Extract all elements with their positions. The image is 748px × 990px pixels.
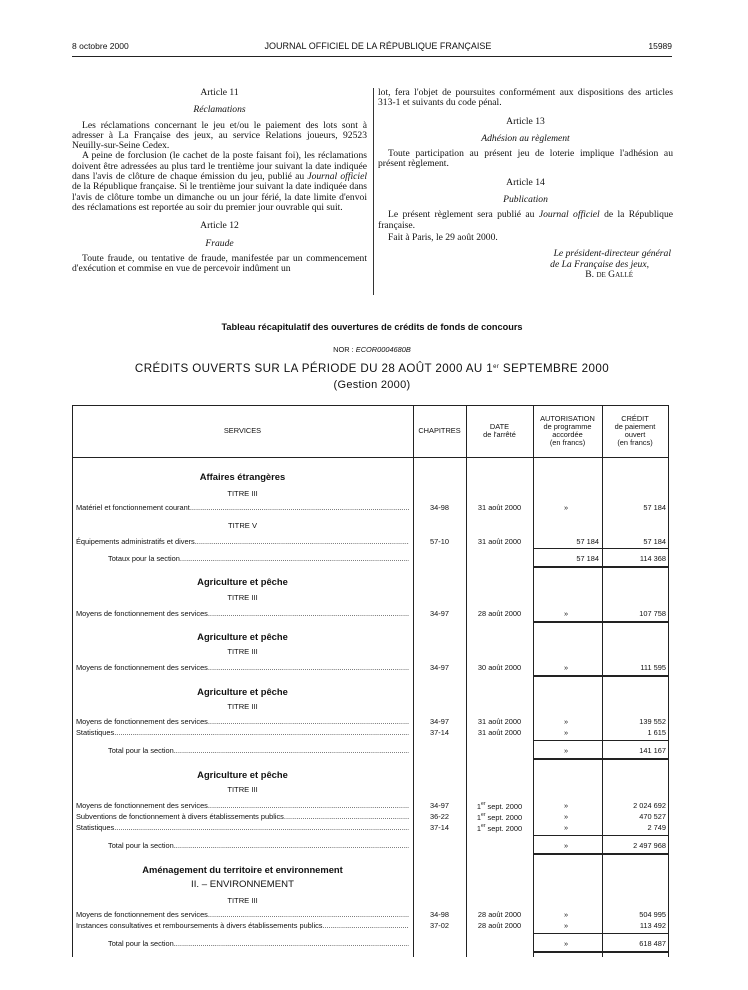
credit-cell: 111 595 xyxy=(602,663,666,672)
date-cell: 28 août 2000 xyxy=(466,921,533,930)
article-13-paragraph-1: Toute participation au présent jeu de lo… xyxy=(378,149,673,170)
service-cell: Subventions de fonctionnement à divers é… xyxy=(76,812,409,821)
leader-dots: ........................................… xyxy=(208,663,409,672)
date-cell: 28 août 2000 xyxy=(466,609,533,618)
column-header-credit: CRÉDIT de paiement ouvert (en francs) xyxy=(602,405,668,457)
article-13-subtitle: Adhésion au règlement xyxy=(378,134,673,144)
text-run: CRÉDITS OUVERTS SUR LA PÉRIODE DU 28 AOÛ… xyxy=(135,362,493,375)
article-14-heading: Article 14 xyxy=(378,178,673,188)
column-divider xyxy=(373,88,374,295)
article-12-continuation: lot, fera l'objet de poursuites conformé… xyxy=(378,88,673,109)
subsection-title: II. – ENVIRONNEMENT xyxy=(72,879,413,890)
date-cell: 31 août 2000 xyxy=(466,503,533,512)
text-run: sept. 2000 xyxy=(486,802,523,811)
leader-dots: ........................................… xyxy=(208,801,409,810)
table-row: Statistiques............................… xyxy=(72,728,669,738)
leader-dots: ........................................… xyxy=(180,554,409,563)
leader-dots: ........................................… xyxy=(174,939,409,948)
header-page-number: 15989 xyxy=(620,41,672,51)
table-header-border xyxy=(72,457,669,458)
column-line-date xyxy=(466,405,467,957)
table-right-border xyxy=(668,405,669,957)
service-cell: Équipements administratifs et divers....… xyxy=(76,537,409,546)
service-label: Moyens de fonctionnement des services xyxy=(76,717,208,726)
total-rule xyxy=(533,740,669,741)
section-title: Aménagement du territoire et environneme… xyxy=(72,864,413,875)
table-row: Moyens de fonctionnement des services...… xyxy=(72,609,669,619)
leader-dots: ........................................… xyxy=(208,910,409,919)
autorisation-cell: » xyxy=(533,910,599,919)
date-cell: 30 août 2000 xyxy=(466,663,533,672)
date-cell: 1er sept. 2000 xyxy=(466,812,533,822)
section-title: Agriculture et pêche xyxy=(72,769,413,780)
chapitre-cell: 36-22 xyxy=(413,812,466,821)
section-end-rule xyxy=(533,566,669,568)
article-14-paragraph-1: Le présent règlement sera publié au Jour… xyxy=(378,210,673,231)
service-cell: Moyens de fonctionnement des services...… xyxy=(76,663,409,672)
column-line-credit xyxy=(602,405,603,957)
credit-cell: 2 497 968 xyxy=(602,841,666,850)
signature-name: B. de Gallé xyxy=(378,270,673,280)
service-label: Statistiques xyxy=(76,728,114,737)
leader-dots: ........................................… xyxy=(195,537,409,546)
article-11-subtitle: Réclamations xyxy=(72,105,367,115)
total-label: Total pour la section xyxy=(108,841,174,850)
credit-cell: 504 995 xyxy=(602,910,666,919)
table-row: Équipements administratifs et divers....… xyxy=(72,537,669,547)
credit-cell: 618 487 xyxy=(602,939,666,948)
service-cell: Statistiques............................… xyxy=(76,823,409,832)
nor-value: ECOR0004680B xyxy=(356,345,411,354)
total-row: Totaux pour la section..................… xyxy=(72,554,669,564)
service-label: Moyens de fonctionnement des services xyxy=(76,663,208,672)
titre-label: TITRE III xyxy=(72,785,413,794)
chapitre-cell: 34-98 xyxy=(413,503,466,512)
total-label: Total pour la section xyxy=(108,939,174,948)
table-row: Moyens de fonctionnement des services...… xyxy=(72,717,669,727)
autorisation-cell: » xyxy=(533,921,599,930)
date-cell: 31 août 2000 xyxy=(466,728,533,737)
service-label: Subventions de fonctionnement à divers é… xyxy=(76,812,284,821)
total-row: Total pour la section...................… xyxy=(72,746,669,756)
chapitre-cell: 34-97 xyxy=(413,801,466,810)
autorisation-cell: » xyxy=(533,801,599,810)
credit-cell: 113 492 xyxy=(602,921,666,930)
credit-cell: 139 552 xyxy=(602,717,666,726)
credit-cell: 107 758 xyxy=(602,609,666,618)
chapitre-cell: 34-97 xyxy=(413,663,466,672)
table-row: Statistiques............................… xyxy=(72,823,669,833)
chapitre-cell: 34-97 xyxy=(413,717,466,726)
titre-label: TITRE III xyxy=(72,702,413,711)
titre-label: TITRE III xyxy=(72,593,413,602)
date-cell: 1er sept. 2000 xyxy=(466,823,533,833)
article-11-heading: Article 11 xyxy=(72,88,367,98)
date-cell: 31 août 2000 xyxy=(466,717,533,726)
total-label: Total pour la section xyxy=(108,746,174,755)
service-label: Statistiques xyxy=(76,823,114,832)
autorisation-cell: » xyxy=(533,746,599,755)
autorisation-cell: » xyxy=(533,728,599,737)
autorisation-cell: 57 184 xyxy=(533,554,599,563)
credit-cell: 2 024 692 xyxy=(602,801,666,810)
header-line: de l'arrêté xyxy=(483,431,516,439)
total-row: Total pour la section...................… xyxy=(72,939,669,949)
total-row: Total pour la section...................… xyxy=(72,841,669,851)
column-line-chapitres xyxy=(413,405,414,957)
section-end-rule xyxy=(533,853,669,855)
section-end-rule xyxy=(533,621,669,623)
credits-table: SERVICES CHAPITRES DATE de l'arrêté AUTO… xyxy=(72,405,669,957)
date-cell: 1er sept. 2000 xyxy=(466,801,533,811)
service-cell: Moyens de fonctionnement des services...… xyxy=(76,801,409,810)
autorisation-cell: » xyxy=(533,812,599,821)
autorisation-cell: » xyxy=(533,609,599,618)
service-cell: Instances consultatives et remboursement… xyxy=(76,921,409,930)
article-12-paragraph-1: Toute fraude, ou tentative de fraude, ma… xyxy=(72,254,367,275)
total-rule xyxy=(533,835,669,836)
chapitre-cell: 37-02 xyxy=(413,921,466,930)
service-cell: Statistiques............................… xyxy=(76,728,409,737)
chapitre-cell: 34-97 xyxy=(413,609,466,618)
chapitre-cell: 34-98 xyxy=(413,910,466,919)
header-title: JOURNAL OFFICIEL DE LA RÉPUBLIQUE FRANÇA… xyxy=(228,41,528,51)
table-row: Moyens de fonctionnement des services...… xyxy=(72,910,669,920)
nor-reference: NOR : ECOR0004680B xyxy=(72,345,672,354)
leader-dots: ........................................… xyxy=(114,728,409,737)
header-line: (en francs) xyxy=(550,439,585,447)
section-end-rule xyxy=(533,951,669,953)
leader-dots: ........................................… xyxy=(208,609,409,618)
leader-dots: ........................................… xyxy=(190,503,409,512)
autorisation-cell: » xyxy=(533,717,599,726)
column-header-date: DATE de l'arrêté xyxy=(466,405,533,457)
right-column: lot, fera l'objet de poursuites conformé… xyxy=(378,88,673,280)
titre-label: TITRE III xyxy=(72,896,413,905)
nor-label: NOR : xyxy=(333,345,356,354)
total-rule xyxy=(533,933,669,934)
column-header-autorisation: AUTORISATION de programme accordée (en f… xyxy=(533,405,602,457)
service-label: Instances consultatives et remboursement… xyxy=(76,921,322,930)
chapitre-cell: 57-10 xyxy=(413,537,466,546)
column-header-services: SERVICES xyxy=(72,405,413,457)
article-11-paragraph-2: A peine de forclusion (le cachet de la p… xyxy=(72,151,367,213)
autorisation-cell: 57 184 xyxy=(533,537,599,546)
header-line: (en francs) xyxy=(617,439,652,447)
section-title: Agriculture et pêche xyxy=(72,576,413,587)
leader-dots: ........................................… xyxy=(174,746,409,755)
journal-officiel-emphasis: Journal officiel xyxy=(539,209,600,220)
text-run: SEPTEMBRE 2000 xyxy=(499,362,609,375)
service-cell: Moyens de fonctionnement des services...… xyxy=(76,910,409,919)
credit-cell: 114 368 xyxy=(602,554,666,563)
article-11-paragraph-1: Les réclamations concernant le jeu et/ou… xyxy=(72,121,367,152)
service-cell: Total pour la section...................… xyxy=(108,746,409,755)
column-line-autorisation xyxy=(533,405,534,957)
service-label: Équipements administratifs et divers xyxy=(76,537,195,546)
table-row: Moyens de fonctionnement des services...… xyxy=(72,801,669,811)
titre-label: TITRE III xyxy=(72,647,413,656)
chapitre-cell: 37-14 xyxy=(413,728,466,737)
service-cell: Total pour la section...................… xyxy=(108,841,409,850)
gestion-label: (Gestion 2000) xyxy=(72,379,672,391)
service-cell: Totaux pour la section..................… xyxy=(108,554,409,563)
column-header-chapitres: CHAPITRES xyxy=(413,405,466,457)
credits-heading: CRÉDITS OUVERTS SUR LA PÉRIODE DU 28 AOÛ… xyxy=(72,362,672,375)
service-label: Moyens de fonctionnement des services xyxy=(76,609,208,618)
credit-cell: 57 184 xyxy=(602,503,666,512)
service-cell: Matériel et fonctionnement courant......… xyxy=(76,503,409,512)
article-12-heading: Article 12 xyxy=(72,221,367,231)
leader-dots: ........................................… xyxy=(208,717,409,726)
autorisation-cell: » xyxy=(533,663,599,672)
text-run: sept. 2000 xyxy=(486,824,523,833)
credit-cell: 141 167 xyxy=(602,746,666,755)
autorisation-cell: » xyxy=(533,503,599,512)
total-rule xyxy=(533,548,669,549)
credit-cell: 57 184 xyxy=(602,537,666,546)
section-title: Affaires étrangères xyxy=(72,471,413,482)
article-13-heading: Article 13 xyxy=(378,117,673,127)
table-row: Subventions de fonctionnement à divers é… xyxy=(72,812,669,822)
leader-dots: ........................................… xyxy=(322,921,409,930)
article-14-subtitle: Publication xyxy=(378,195,673,205)
article-12-subtitle: Fraude xyxy=(72,239,367,249)
service-label: Moyens de fonctionnement des services xyxy=(76,910,208,919)
autorisation-cell: » xyxy=(533,841,599,850)
chapitre-cell: 37-14 xyxy=(413,823,466,832)
total-label: Totaux pour la section xyxy=(108,554,180,563)
text-run: sept. 2000 xyxy=(486,813,523,822)
service-label: Matériel et fonctionnement courant xyxy=(76,503,190,512)
service-cell: Total pour la section...................… xyxy=(108,939,409,948)
service-cell: Moyens de fonctionnement des services...… xyxy=(76,717,409,726)
leader-dots: ........................................… xyxy=(114,823,409,832)
article-14-paragraph-2: Fait à Paris, le 29 août 2000. xyxy=(378,233,673,243)
date-cell: 28 août 2000 xyxy=(466,910,533,919)
table-row: Matériel et fonctionnement courant......… xyxy=(72,503,669,513)
date-cell: 31 août 2000 xyxy=(466,537,533,546)
text-run: de la République française. Si le trenti… xyxy=(72,181,367,213)
section-end-rule xyxy=(533,758,669,760)
header-rule xyxy=(72,56,672,57)
service-label: Moyens de fonctionnement des services xyxy=(76,801,208,810)
section-end-rule xyxy=(533,675,669,677)
credit-cell: 470 527 xyxy=(602,812,666,821)
autorisation-cell: » xyxy=(533,823,599,832)
left-column: Article 11 Réclamations Les réclamations… xyxy=(72,88,367,274)
credit-cell: 2 749 xyxy=(602,823,666,832)
autorisation-cell: » xyxy=(533,939,599,948)
table-row: Moyens de fonctionnement des services...… xyxy=(72,663,669,673)
leader-dots: ........................................… xyxy=(284,812,409,821)
table-title: Tableau récapitulatif des ouvertures de … xyxy=(72,322,672,332)
titre-label: TITRE V xyxy=(72,521,413,530)
section-title: Agriculture et pêche xyxy=(72,686,413,697)
table-row: Instances consultatives et remboursement… xyxy=(72,921,669,931)
titre-label: TITRE III xyxy=(72,489,413,498)
service-cell: Moyens de fonctionnement des services...… xyxy=(76,609,409,618)
section-title: Agriculture et pêche xyxy=(72,631,413,642)
header-date: 8 octobre 2000 xyxy=(72,41,129,51)
leader-dots: ........................................… xyxy=(174,841,409,850)
credit-cell: 1 615 xyxy=(602,728,666,737)
